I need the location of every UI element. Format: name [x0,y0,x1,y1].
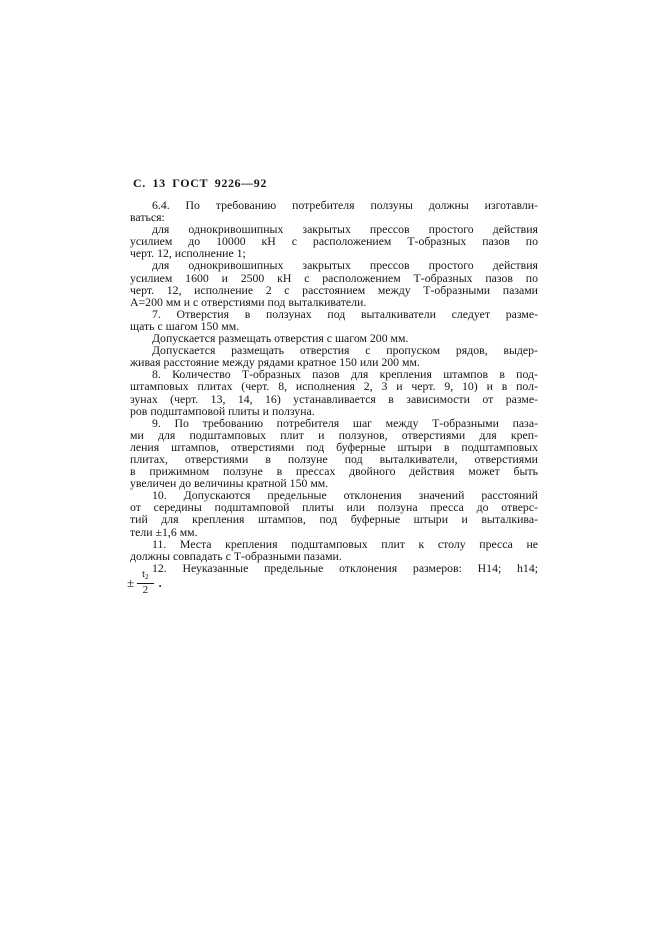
text-line: 12. Неуказанные предельные отклонения ра… [130,562,538,574]
text-line: 9. По требованию потребителя шаг между Т… [130,417,538,429]
fraction: t22 [137,570,154,596]
paragraph: для однокривошипных закрытых прессов про… [130,259,538,307]
text-line: тели ±1,6 мм. [130,526,538,538]
paragraph: для однокривошипных закрытых прессов про… [130,223,538,259]
fraction-denominator: 2 [137,584,154,596]
plus-minus-sign: ± [127,575,134,591]
text-line: ров подштамповой плиты и ползуна. [130,405,538,417]
paragraph: 11. Места крепления подштамповых плит к … [130,538,538,562]
formula-period: . [159,576,162,591]
paragraph: 6.4. По требованию потребителя ползуны д… [130,199,538,223]
page-header: С. 13 ГОСТ 9226—92 [133,176,267,191]
text-line: 6.4. По требованию потребителя ползуны д… [130,199,538,211]
text-line: тий для крепления штампов, под буферные … [130,513,538,525]
text-line: усилием 1600 и 2500 кН с расположением Т… [130,272,538,284]
text-line: штамповых плитах (черт. 8, исполнения 2,… [130,380,538,392]
document-page: С. 13 ГОСТ 9226—92 6.4. По требованию по… [0,0,661,935]
paragraph: 8. Количество Т-образных пазов для крепл… [130,368,538,416]
text-line: зунах (черт. 13, 14, 16) устанавливается… [130,393,538,405]
paragraph: 7. Отверстия в ползунах под выталкивател… [130,308,538,332]
text-line: должны совпадать с Т-образными пазами. [130,550,538,562]
paragraph: 9. По требованию потребителя шаг между Т… [130,417,538,490]
text-line: черт. 12, исполнение 2 с расстоянием меж… [130,284,538,296]
fraction-numerator: t2 [137,570,154,584]
fraction-numerator-subscript: 2 [145,572,149,581]
document-body: 6.4. По требованию потребителя ползуны д… [130,199,538,574]
paragraph: Допускается размещать отверстия с пропус… [130,344,538,368]
text-line: для однокривошипных закрытых прессов про… [130,259,538,271]
paragraph: 10. Допускаются предельные отклонения зн… [130,489,538,537]
text-line: 11. Места крепления подштамповых плит к … [130,538,538,550]
paragraph: 12. Неуказанные предельные отклонения ра… [130,562,538,574]
tolerance-formula: ±t22. [127,570,162,596]
